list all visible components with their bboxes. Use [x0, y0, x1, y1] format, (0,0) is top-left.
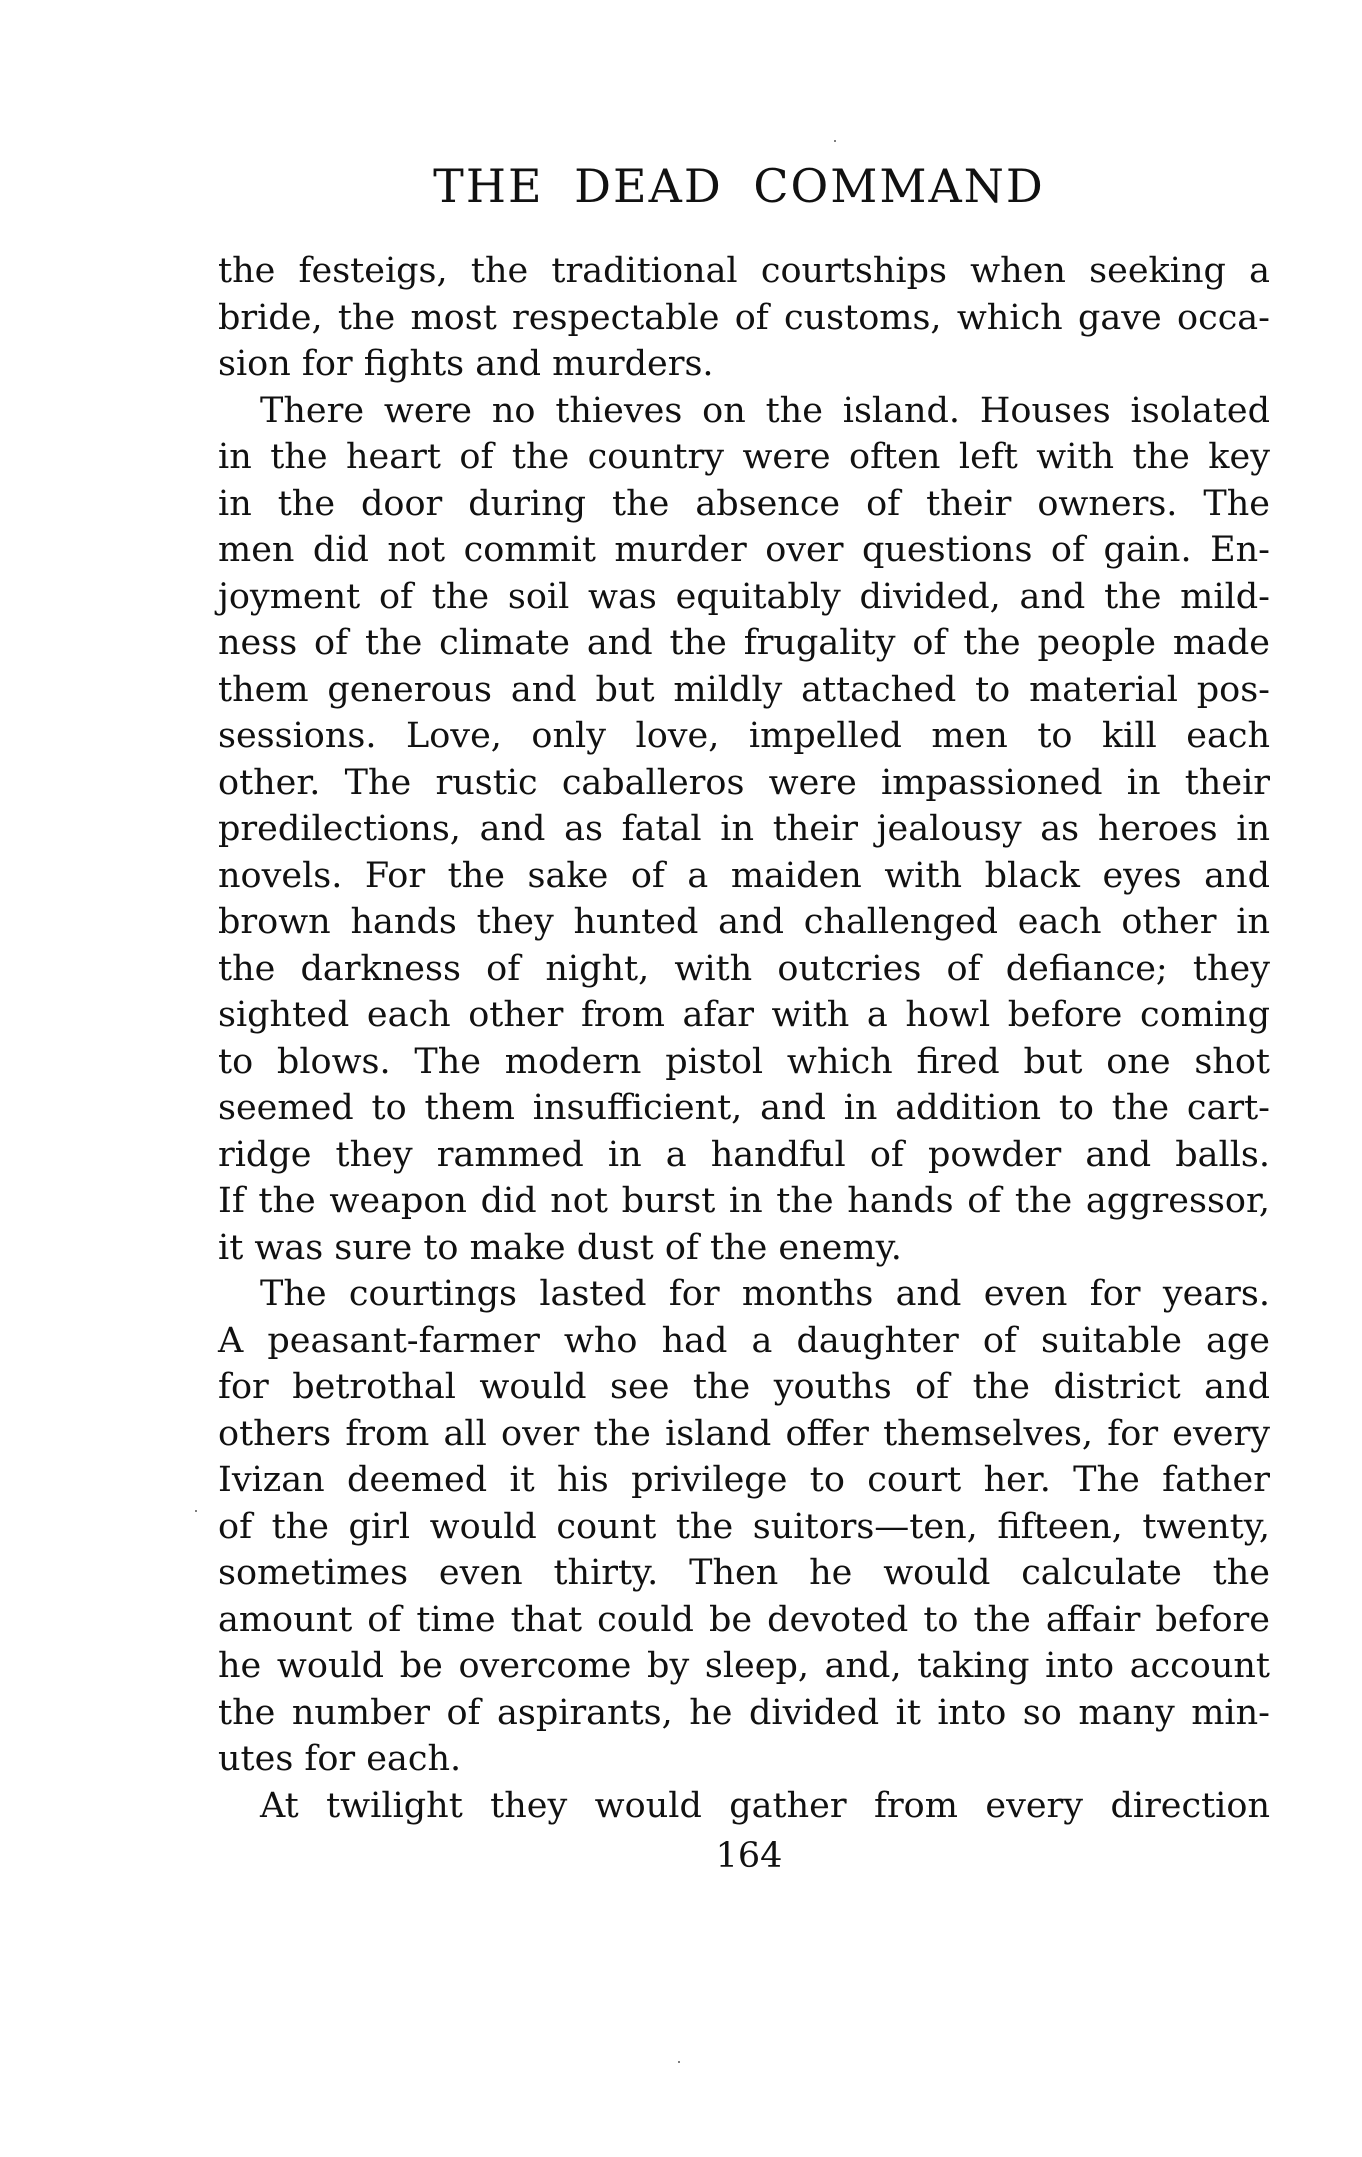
paragraph-2: There were no thieves on the island. Hou… [218, 388, 1270, 1272]
text-line: brown hands they hunted and challenged e… [218, 899, 1270, 946]
text-line: joyment of the soil was equitably divide… [218, 574, 1270, 621]
text-line: of the girl would count the suitors—ten,… [218, 1504, 1270, 1551]
text-line: the darkness of night, with outcries of … [218, 946, 1270, 993]
text-line: sighted each other from afar with a howl… [218, 992, 1270, 1039]
text-line: it was sure to make dust of the enemy. [218, 1225, 1270, 1272]
text-line: If the weapon did not burst in the hands… [218, 1178, 1270, 1225]
text-line: utes for each. [218, 1736, 1270, 1783]
text-line: Ivizan deemed it his privilege to court … [218, 1457, 1270, 1504]
text-line: The courtings lasted for months and even… [218, 1271, 1270, 1318]
text-line: he would be overcome by sleep, and, taki… [218, 1643, 1270, 1690]
paragraph-1: the festeigs, the traditional courtships… [218, 248, 1270, 388]
text-line: novels. For the sake of a maiden with bl… [218, 853, 1270, 900]
text-line: sion for fights and murders. [218, 341, 1270, 388]
text-line: to blows. The modern pistol which fired … [218, 1039, 1270, 1086]
text-line: bride, the most respectable of customs, … [218, 295, 1270, 342]
text-line: for betrothal would see the youths of th… [218, 1364, 1270, 1411]
text-line: others from all over the island offer th… [218, 1411, 1270, 1458]
scan-speck [195, 1510, 197, 1512]
paragraph-4: At twilight they would gather from every… [218, 1783, 1270, 1830]
text-line: in the door during the absence of their … [218, 481, 1270, 528]
text-line: men did not commit murder over questions… [218, 527, 1270, 574]
body-text: the festeigs, the traditional courtships… [218, 248, 1270, 1829]
scan-speck [834, 140, 836, 142]
running-head-title: THE DEAD COMMAND [0, 160, 1362, 212]
text-line: ness of the climate and the frugality of… [218, 620, 1270, 667]
text-line: the festeigs, the traditional courtships… [218, 248, 1270, 295]
page-number: 164 [0, 1833, 1362, 1879]
text-line: in the heart of the country were often l… [218, 434, 1270, 481]
text-line: other. The rustic caballeros were impass… [218, 760, 1270, 807]
text-line: At twilight they would gather from every… [218, 1783, 1270, 1830]
text-line: sometimes even thirty. Then he would cal… [218, 1550, 1270, 1597]
text-line: amount of time that could be devoted to … [218, 1597, 1270, 1644]
book-page: THE DEAD COMMAND the festeigs, the tradi… [0, 0, 1362, 2157]
scan-speck [678, 2061, 680, 2063]
text-line: sessions. Love, only love, impelled men … [218, 713, 1270, 760]
text-line: them generous and but mildly attached to… [218, 667, 1270, 714]
text-line: A peasant-farmer who had a daughter of s… [218, 1318, 1270, 1365]
text-line: predilections, and as fatal in their jea… [218, 806, 1270, 853]
text-line: seemed to them insufficient, and in addi… [218, 1085, 1270, 1132]
text-line: the number of aspirants, he divided it i… [218, 1690, 1270, 1737]
paragraph-3: The courtings lasted for months and even… [218, 1271, 1270, 1783]
text-line: ridge they rammed in a handful of powder… [218, 1132, 1270, 1179]
text-line: There were no thieves on the island. Hou… [218, 388, 1270, 435]
